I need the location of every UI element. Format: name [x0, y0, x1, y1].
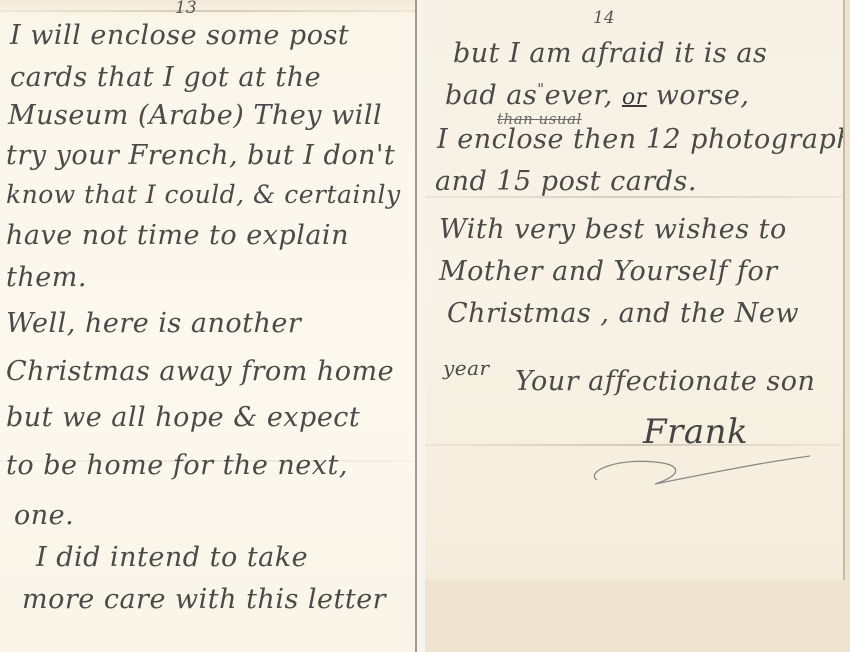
letter-line: to be home for the next, [6, 450, 348, 481]
letter-line: I will enclose some post [10, 20, 349, 51]
letter-line: but we all hope & expect [6, 402, 360, 433]
letter-page-13: 13 I will enclose some post cards that I… [0, 0, 417, 652]
letter-line: Christmas away from home [6, 356, 394, 387]
letter-line: cards that I got at the [10, 62, 321, 93]
page-number: 13 [175, 0, 197, 18]
closing-line: Your affectionate son [515, 366, 815, 397]
letter-line: more care with this letter [22, 584, 386, 615]
text-fragment: ever, [545, 80, 613, 111]
inserted-or: or [622, 85, 647, 110]
letter-line: With very best wishes to [439, 214, 787, 245]
letter-line: Mother and Yourself for [439, 256, 778, 287]
page-number: 14 [593, 8, 615, 28]
letter-line: know that I could, & certainly [6, 180, 401, 209]
page-top-edge [0, 10, 415, 12]
letter-line: Well, here is another [6, 308, 301, 339]
signature-flourish [585, 450, 815, 500]
letter-line: try your French, but I don't [6, 140, 395, 171]
letter-line: I did intend to take [36, 542, 308, 573]
insertion-mark: " [537, 80, 544, 98]
letter-page-14-container: 14 but I am afraid it is as bad as"ever,… [425, 0, 850, 652]
letter-line: Christmas , and the New [447, 298, 799, 329]
letter-line: bad as"ever, or worse, [445, 80, 750, 111]
letter-line: have not time to explain [6, 220, 349, 251]
text-fragment: bad as [445, 80, 537, 111]
letter-line: I enclose then 12 photographs, [437, 124, 845, 155]
letter-line: year [443, 356, 490, 380]
text-fragment: worse, [656, 80, 750, 111]
letter-page-14: 14 but I am afraid it is as bad as"ever,… [425, 0, 845, 580]
letter-line: Museum (Arabe) They will [8, 100, 382, 131]
letter-line: them. [6, 262, 87, 293]
letter-line: one. [14, 500, 74, 531]
signature: Frank [643, 412, 748, 452]
letter-line: but I am afraid it is as [453, 38, 767, 69]
fold-line [425, 444, 843, 446]
letter-line: and 15 post cards. [435, 166, 697, 197]
